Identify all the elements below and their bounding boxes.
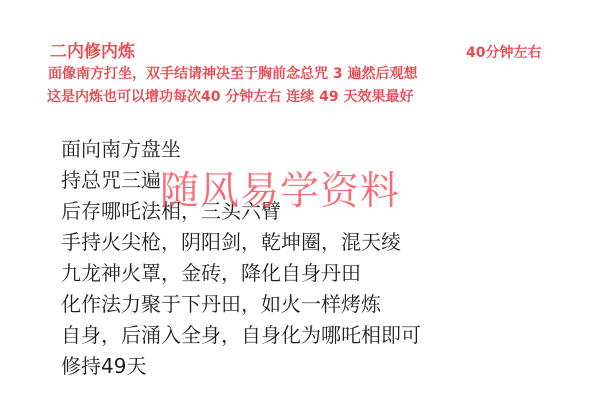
instruction-line-1: 面像南方打坐，双手结请神决至于胸前念总咒 3 遍然后观想 (48, 63, 418, 83)
section-title: 二内修内炼 (50, 37, 135, 62)
step-line: 手持火尖枪，阴阳剑，乾坤圈，混天绫 (61, 227, 421, 258)
step-line: 九龙神火罩，金砖，降化自身丹田 (61, 258, 421, 289)
step-line: 修持49天 (61, 351, 421, 382)
instruction-line-2: 这是内炼也可以增功每次40 分钟左右 连续 49 天效果最好 (47, 86, 413, 106)
watermark: 随风易学资料 (160, 160, 400, 216)
duration-note: 40分钟左右 (466, 42, 541, 62)
step-line: 化作法力聚于下丹田，如火一样烤炼 (61, 289, 421, 320)
step-line: 自身，后涌入全身，自身化为哪吒相即可 (61, 320, 421, 351)
